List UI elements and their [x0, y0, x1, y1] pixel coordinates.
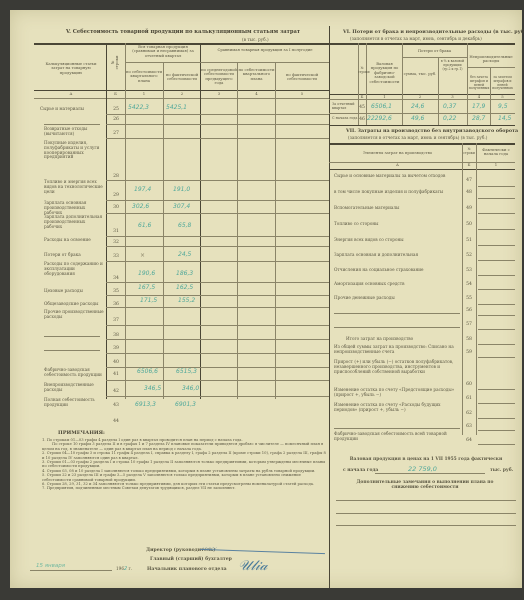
row-number: 63 — [463, 424, 475, 429]
note-5: 5. Строки 22 и 23 раздела III и графы 3—… — [42, 473, 327, 482]
value-plan: 171,5 — [140, 297, 157, 304]
entry-line — [478, 430, 515, 431]
entry-line — [478, 289, 515, 290]
value-actual: 155,2 — [178, 297, 195, 304]
row-label: Возвратные отходы (вычитаются) — [44, 127, 104, 137]
note-7: 7. Предприятия, подчиненные местным Сове… — [42, 486, 327, 490]
value-plan: 302,6 — [132, 203, 149, 210]
row-label: в том числе покупные изделия и полуфабри… — [334, 190, 460, 195]
blank-line — [334, 327, 460, 328]
s6-header-gross: Валовая продукция по фабрично-заводской … — [368, 62, 401, 84]
notes-title: ПРИМЕЧАНИЯ: — [58, 430, 327, 436]
header-col4: по себестоимости квартального плана — [238, 68, 275, 81]
notes-line — [336, 500, 516, 501]
row-number: 51 — [463, 238, 475, 243]
row-number: 57 — [463, 322, 475, 327]
entry-line — [478, 357, 515, 358]
row-label: Зарплата основная и дополнительная — [334, 253, 460, 258]
row-number: 35 — [110, 289, 122, 294]
section5-unit: (в тыс. руб.) — [242, 37, 269, 42]
row-number: 49 — [463, 206, 475, 211]
s6-header-loss-pct: в % к валовой продукции (гр.2 к гр.1) — [439, 60, 466, 71]
row-number: 41 — [110, 372, 122, 377]
section6-title: VI. Потери от брака и непроизводительные… — [343, 29, 524, 35]
row-number: 44 — [110, 419, 122, 424]
row-number: 42 — [110, 389, 122, 394]
row-label: Потери от брака — [44, 253, 104, 258]
row-number: 33 — [110, 254, 122, 259]
entry-line — [478, 213, 515, 214]
header-col5: по фактической себестоимости — [276, 73, 328, 82]
row-number: 47 — [463, 178, 475, 183]
blank-line — [334, 313, 460, 314]
gross-output-line1: Валовая продукция в ценах на 1 VII 1955 … — [336, 457, 516, 462]
s7-index-1: 1 — [478, 163, 514, 167]
value-plan: 5422,3 — [128, 104, 149, 111]
row-label: Расходы по содержанию и эксплуатации обо… — [44, 262, 104, 276]
report-form-page: V. Себестоимость товарной продукции по к… — [10, 10, 522, 588]
value-plan: × — [140, 252, 145, 259]
row-number: 27 — [110, 131, 122, 136]
row-number: 25 — [110, 107, 122, 112]
row-number: 53 — [463, 268, 475, 273]
s6-header-no-fines: без зачета штрафов и пеней полученных — [468, 76, 490, 91]
value-unprod-gross: 17,9 — [472, 103, 485, 110]
index-b: Б — [107, 92, 124, 96]
row-number: 59 — [463, 350, 475, 355]
value-plan: 190,6 — [138, 270, 155, 277]
row-number: 56 — [463, 308, 475, 313]
value-loss-sum: 24,6 — [411, 103, 424, 110]
value-actual: 65,8 — [178, 222, 191, 229]
entry-line — [478, 418, 515, 419]
entry-line — [478, 198, 515, 199]
date-handwritten: 15 января — [36, 563, 65, 569]
row-label: Внепроизводственные расходы — [44, 383, 104, 393]
row-label: Амортизация основных средств — [334, 282, 460, 287]
s6-index-1: 1 — [368, 95, 401, 99]
row-label: Покупные изделия, полуфабрикаты и услуги… — [44, 141, 104, 160]
row-number: 39 — [110, 346, 122, 351]
value-actual: 24,5 — [178, 251, 191, 258]
row-number: 37 — [110, 318, 122, 323]
notes-block: ПРИМЕЧАНИЯ: 1. По строкам 01—03 графы 4 … — [42, 430, 327, 491]
row-number: 43 — [110, 403, 122, 408]
value-loss-pct: 0,22 — [443, 115, 456, 122]
row-label: Изменение остатка по счету «Расходы буду… — [334, 403, 460, 413]
entry-line — [478, 403, 515, 404]
entry-line — [478, 389, 515, 390]
year-label: 1962 г. — [116, 566, 132, 572]
row-label: Сырье и основные материалы за вычетом от… — [334, 174, 460, 179]
row-number: 62 — [463, 411, 475, 416]
entry-line — [478, 329, 515, 330]
row-number: 52 — [463, 253, 475, 258]
value-actual: 307,4 — [173, 203, 190, 210]
entry-line — [478, 260, 515, 261]
value-plan: 167,5 — [138, 284, 155, 291]
value-actual: 6901,3 — [175, 401, 196, 408]
blank-line — [334, 428, 460, 429]
row-label: Прирост (+) или убыль (−) остатков полуф… — [334, 360, 460, 374]
row-number: 31 — [110, 229, 122, 234]
row-label: Расходы на освоение — [44, 238, 104, 243]
header-comparable-products: Сравнимая товарная продукция за I полуго… — [202, 48, 328, 52]
row-label: Прочие производственные расходы — [44, 310, 104, 320]
row-label: Итого затрат на производство — [346, 337, 460, 342]
entry-line — [478, 245, 515, 246]
row-number: 29 — [110, 193, 122, 198]
row-number: 60 — [463, 382, 475, 387]
value-gross: 6506,1 — [371, 103, 392, 110]
value-actual: 162,5 — [176, 284, 193, 291]
notes-line — [336, 513, 516, 514]
value-plan: 6913,3 — [135, 401, 156, 408]
note-2: 2. Строки 04—10 графы 3 и строка 11 граф… — [42, 451, 327, 460]
s6-index-4: 4 — [468, 95, 490, 99]
value-gross: 22292,6 — [367, 115, 392, 122]
value-plan: 346,5 — [144, 385, 161, 392]
entry-line — [478, 304, 515, 305]
row-label: Прочие денежные расходы — [334, 296, 460, 301]
s7-header-row-no: № строки — [463, 147, 475, 156]
additional-notes-title: Дополнительные замечания о выполнении пл… — [350, 480, 500, 490]
note-1b: По строке 10 графы 3 раздела II и в граф… — [42, 442, 327, 451]
s6-header-loss-group: Потери от брака — [403, 49, 466, 53]
chief-accountant-label: Главный (старший) бухгалтер — [150, 557, 232, 562]
value-unprod-net: 14,5 — [498, 115, 511, 122]
header-col1: по себестоимости квартального плана — [126, 70, 162, 83]
row-label: С начала года — [332, 116, 358, 120]
row-number: 28 — [110, 174, 122, 179]
value-actual: 191,0 — [173, 186, 190, 193]
row-label: Полная себестоимость продукции — [44, 398, 104, 408]
s6-header-row-no: № строки — [358, 66, 366, 75]
row-number: 30 — [110, 205, 122, 210]
entry-line — [478, 186, 515, 187]
entry-line — [478, 275, 515, 276]
notes-line — [336, 525, 516, 526]
index-5: 5 — [276, 92, 328, 96]
row-label: За отчетный квартал — [332, 102, 358, 110]
value-plan: 197,4 — [134, 186, 151, 193]
section7-title: VII. Затраты на производство без внутриз… — [346, 128, 518, 134]
section7-subtitle: (заполняется в отчетах за март, июнь и с… — [348, 135, 487, 140]
row-number: 45 — [356, 105, 368, 110]
s7-index-b: Б — [463, 163, 475, 167]
entry-line — [478, 444, 515, 445]
row-number: 58 — [463, 337, 475, 342]
note-3: 3. Строки 01—03 графы 2 раздела I и стро… — [42, 460, 327, 469]
header-col2: по фактической себестоимости — [164, 73, 200, 82]
index-1: 1 — [126, 92, 162, 96]
row-number: 48 — [463, 190, 475, 195]
value-plan: 61,6 — [138, 222, 151, 229]
s7-header-item: Элементы затрат на производство — [335, 151, 460, 155]
index-a: А — [40, 92, 102, 96]
gross-output-field-line — [375, 473, 485, 474]
row-number: 50 — [463, 222, 475, 227]
year-prefix: 196 — [116, 566, 124, 571]
row-label: Фабрично-заводская себестоимость всей то… — [334, 432, 460, 442]
year-suffix: 2 — [124, 566, 127, 572]
value-actual: 6515,3 — [176, 368, 197, 375]
index-3: 3 — [201, 92, 237, 96]
row-label: Энергия всех видов со стороны — [334, 238, 460, 243]
s7-header-actual: Фактически с начала года — [478, 148, 514, 157]
row-label: Топливо со стороны — [334, 222, 460, 227]
entry-line — [478, 344, 515, 345]
row-number: 38 — [110, 333, 122, 338]
value-actual: 5425,1 — [166, 104, 187, 111]
index-2: 2 — [164, 92, 200, 96]
s6-header-with-fines: за зачетом штрафов и пеней полученных — [491, 76, 514, 91]
s6-index-3: 3 — [439, 95, 466, 99]
entry-line — [478, 315, 515, 316]
planning-head-label: Начальник планового отдела — [147, 567, 227, 572]
row-number: 32 — [110, 240, 122, 245]
value-unprod-net: 9,5 — [498, 103, 508, 110]
row-number: 34 — [110, 276, 122, 281]
row-number: 64 — [463, 438, 475, 443]
row-label: Топливо и энергия всех видов на технолог… — [44, 180, 104, 194]
index-4: 4 — [238, 92, 275, 96]
row-number: 26 — [110, 117, 122, 122]
entry-line — [478, 229, 515, 230]
value-unprod-gross: 28,7 — [472, 115, 485, 122]
row-label: Вспомогательные материалы — [334, 206, 460, 211]
s6-header-unprod-group: Непроизводительные расходы — [468, 55, 514, 64]
section6-subtitle: (заполняется в отчетах за март, июнь, се… — [350, 36, 482, 41]
value-actual: 186,3 — [176, 270, 193, 277]
s6-index-b: Б — [358, 95, 366, 99]
row-number: 54 — [463, 282, 475, 287]
row-label: Из общей суммы затрат на производство: С… — [334, 345, 460, 355]
planning-head-signature: 𝒰𝓁𝒾𝒶 — [238, 558, 267, 574]
section5-title: V. Себестоимость товарной продукции по к… — [66, 29, 300, 35]
header-item: Калькуляционные статьи затрат на товарну… — [40, 62, 102, 75]
row-number: 40 — [110, 360, 122, 365]
header-row-no: № строки — [111, 54, 120, 71]
header-all-products: Вся товарная продукция (сравнимая и неср… — [127, 45, 199, 58]
gross-output-prefix: с начала года — [343, 468, 378, 473]
gross-output-value: 22 759,0 — [408, 465, 437, 473]
value-loss-sum: 49,6 — [411, 115, 424, 122]
row-label: Зарплата дополнительная производственных… — [44, 215, 104, 229]
s6-index-2: 2 — [403, 95, 437, 99]
gross-output-unit: тыс. руб. — [490, 468, 513, 473]
value-loss-pct: 0,37 — [443, 103, 456, 110]
s6-index-5: 5 — [491, 95, 514, 99]
row-number: 61 — [463, 396, 475, 401]
s7-index-a: А — [335, 163, 460, 167]
row-number: 55 — [463, 296, 475, 301]
s6-header-loss-sum: сумма, тыс. руб. — [403, 72, 437, 76]
row-label: Цеховые расходы — [44, 289, 104, 294]
row-label: Фабрично-заводская себестоимость продукц… — [44, 368, 104, 378]
row-label: Общезаводские расходы — [44, 302, 104, 307]
signature-stroke — [200, 549, 325, 554]
row-label: Отчисления на социальное страхование — [334, 268, 460, 273]
header-col3: по среднегодовой себестоимости предыдуще… — [201, 68, 237, 86]
row-label: Сырье и материалы — [40, 107, 104, 112]
value-actual: 346,0 — [182, 385, 199, 392]
value-plan: 6506,6 — [137, 368, 158, 375]
year-mark: г. — [129, 566, 133, 571]
row-label: Изменение остатка по счету «Предстоящие … — [334, 388, 460, 398]
